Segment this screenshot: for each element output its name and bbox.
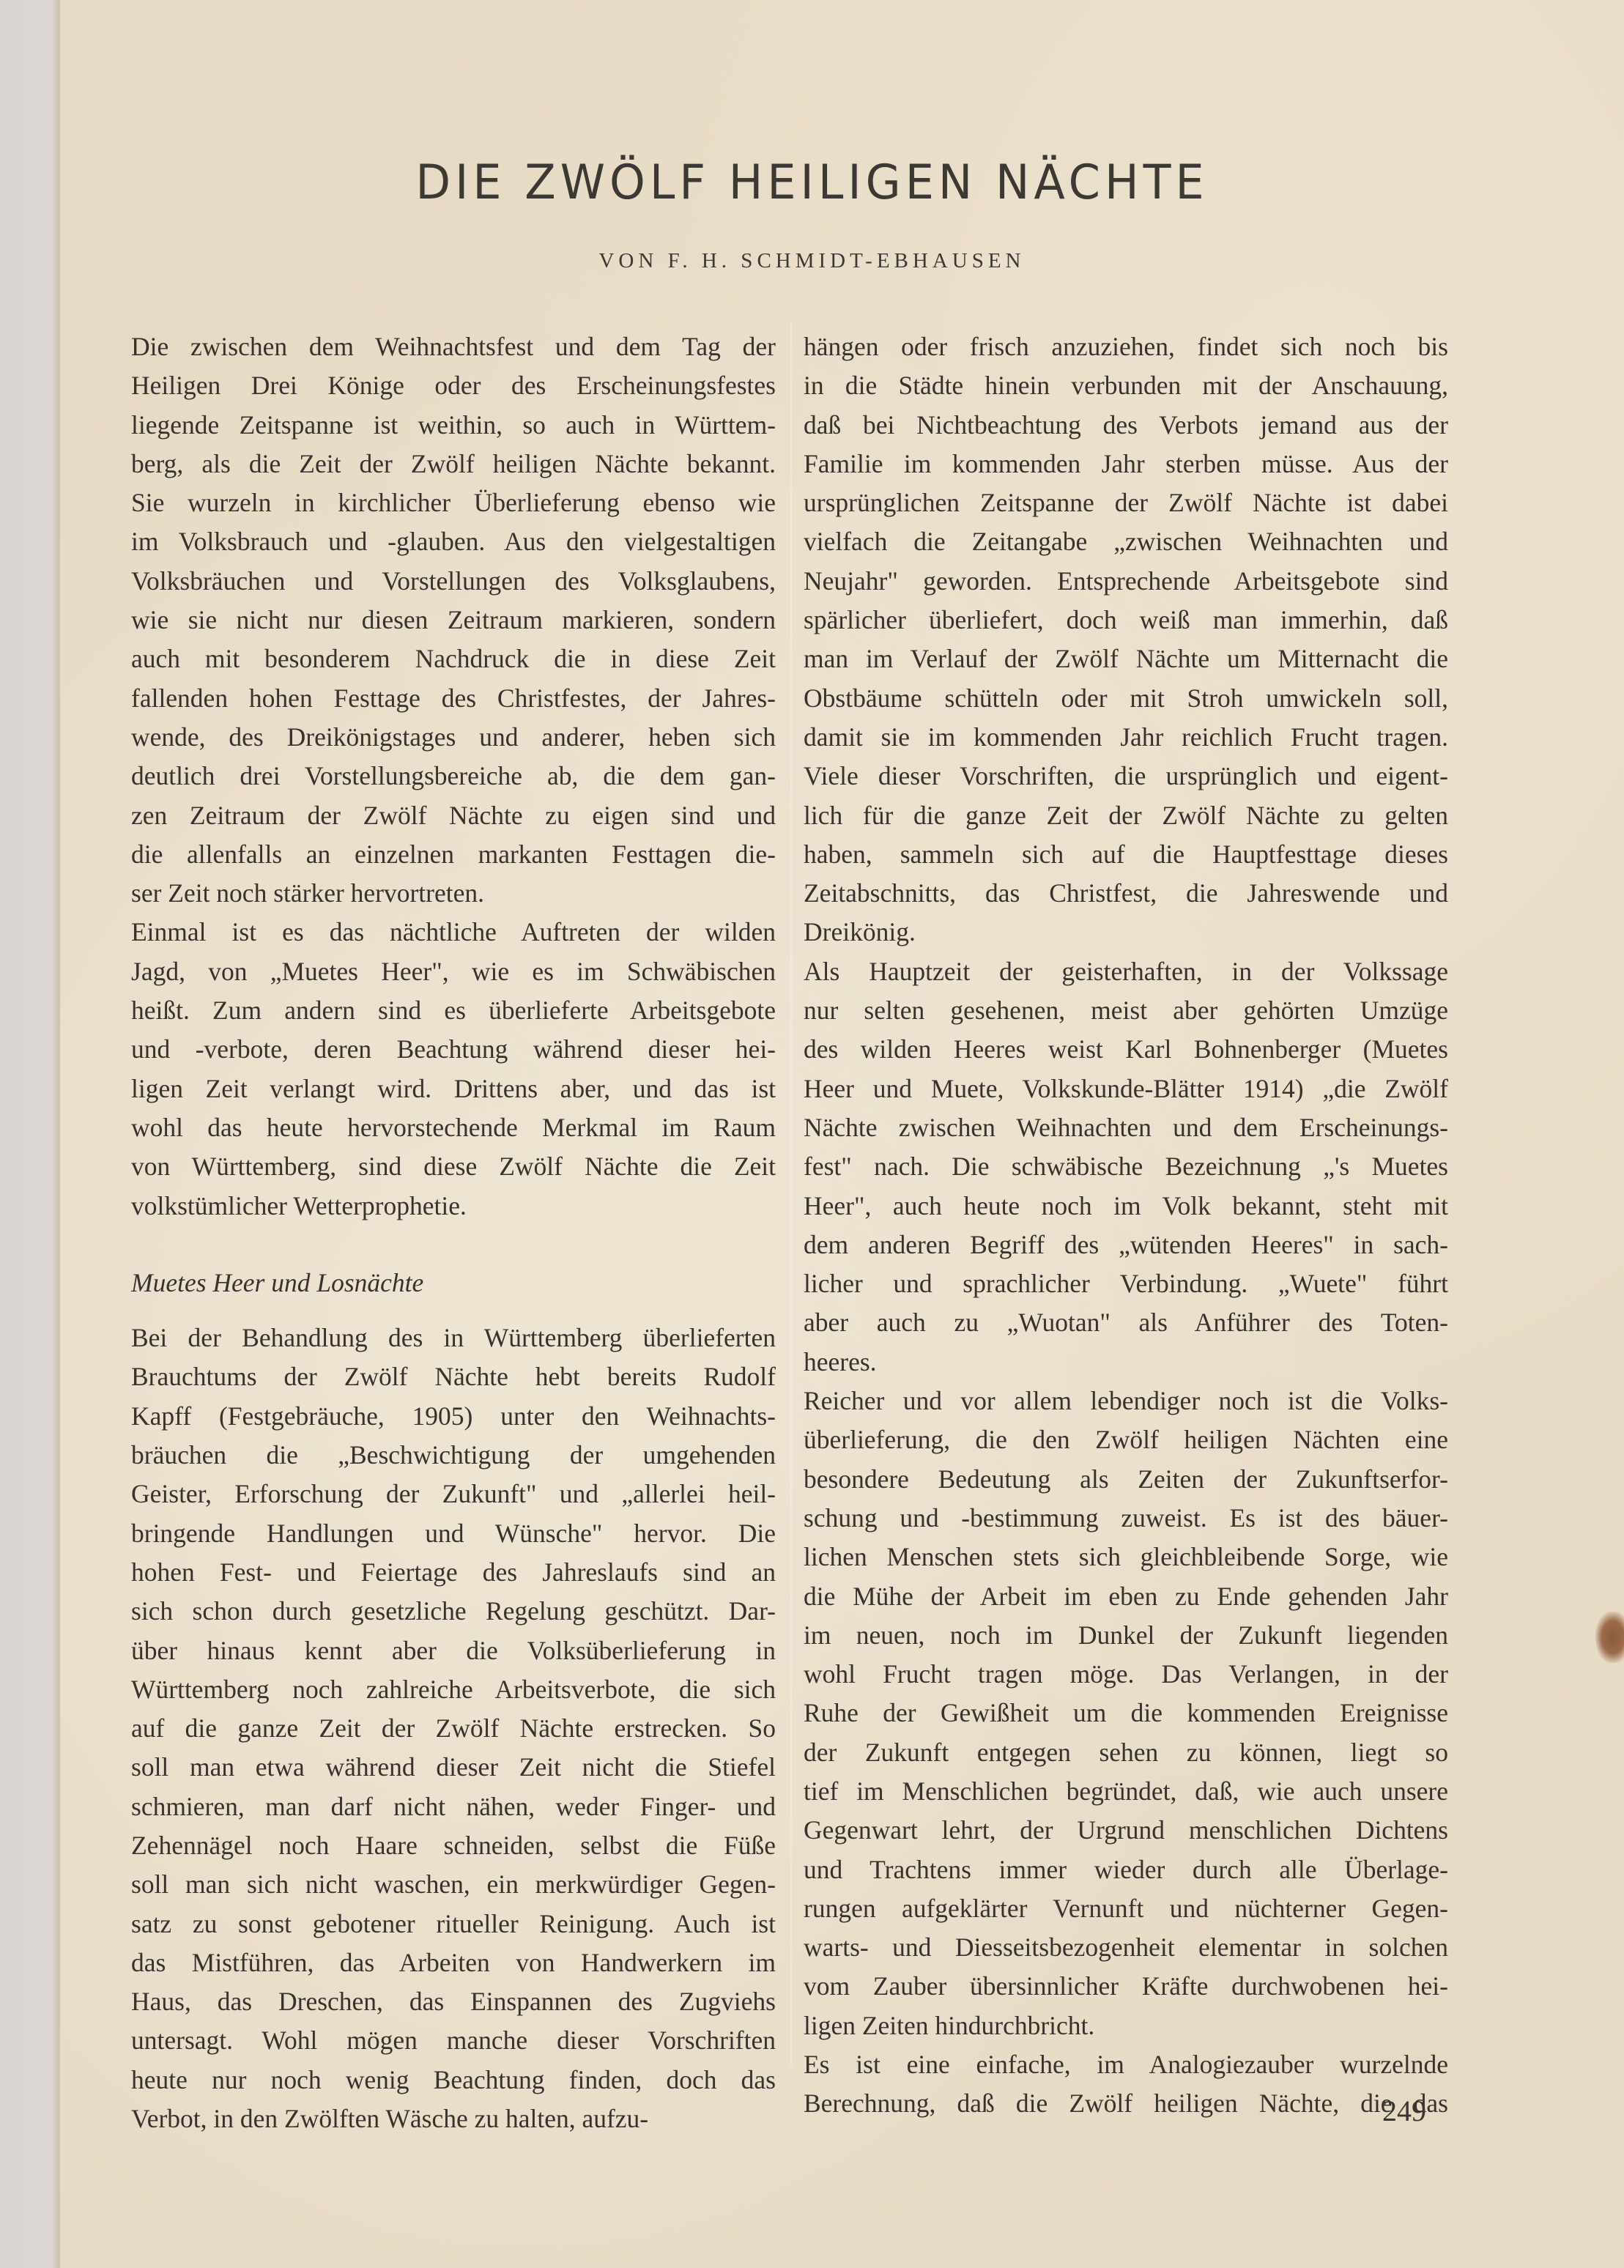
article-title: DIE ZWÖLF HEILIGEN NÄCHTE xyxy=(0,154,1624,210)
text-line: hängen oder frisch anzuziehen, findet si… xyxy=(804,327,1448,366)
text-line: spärlicher überliefert, doch weiß man im… xyxy=(804,601,1448,640)
paragraph: Reicher und vor allem lebendiger noch is… xyxy=(804,1382,1448,2045)
text-line: ligen Zeiten hindurchbricht. xyxy=(804,2006,1448,2045)
text-line: Neujahr" geworden. Entsprechende Arbeits… xyxy=(804,562,1448,601)
text-line: fallenden hohen Festtage des Christfeste… xyxy=(131,679,776,718)
text-line: wohl das heute hervorstechende Merkmal i… xyxy=(131,1108,776,1147)
text-line: vom Zauber übersinnlicher Kräfte durchwo… xyxy=(804,1967,1448,2006)
text-line: auch mit besonderem Nachdruck die in die… xyxy=(131,640,776,678)
section-heading: Muetes Heer und Losnächte xyxy=(131,1264,776,1302)
text-line: deutlich drei Vorstellungsbereiche ab, d… xyxy=(131,757,776,796)
text-line: aber auch zu „Wuotan" als Anführer des T… xyxy=(804,1303,1448,1342)
previous-page-edge xyxy=(0,0,60,2268)
text-line: Sie wurzeln in kirchlicher Überlieferung… xyxy=(131,483,776,522)
text-line: man im Verlauf der Zwölf Nächte um Mitte… xyxy=(804,640,1448,678)
text-line: Bei der Behandlung des in Württemberg üb… xyxy=(131,1319,776,1357)
text-line: bringende Handlungen und Wünsche" hervor… xyxy=(131,1514,776,1553)
page-crease xyxy=(790,322,792,2066)
text-line: Verbot, in den Zwölften Wäsche zu halten… xyxy=(131,2100,776,2138)
paragraph: Einmal ist es das nächtliche Auftreten d… xyxy=(131,913,776,1225)
text-line: im Volksbrauch und -glauben. Aus den vie… xyxy=(131,522,776,561)
paragraph: Es ist eine einfache, im Analogiezauber … xyxy=(804,2045,1448,2124)
text-line: heeres. xyxy=(804,1343,1448,1382)
text-line: Obstbäume schütteln oder mit Stroh umwic… xyxy=(804,679,1448,718)
right-column: hängen oder frisch anzuziehen, findet si… xyxy=(804,327,1448,2124)
text-line: nur selten gesehenen, meist aber gehörte… xyxy=(804,991,1448,1030)
text-line: Viele dieser Vorschriften, die ursprüngl… xyxy=(804,757,1448,796)
text-line: Zeitabschnitts, das Christfest, die Jahr… xyxy=(804,874,1448,913)
text-line: von Württemberg, sind diese Zwölf Nächte… xyxy=(131,1147,776,1186)
text-line: Ruhe der Gewißheit um die kommenden Erei… xyxy=(804,1694,1448,1732)
text-line: besondere Bedeutung als Zeiten der Zukun… xyxy=(804,1460,1448,1499)
text-line: volkstümlicher Wetterprophetie. xyxy=(131,1187,776,1226)
text-line: satz zu sonst gebotener ritueller Reinig… xyxy=(131,1905,776,1943)
text-line: schmieren, man darf nicht nähen, weder F… xyxy=(131,1787,776,1826)
text-line: untersagt. Wohl mögen manche dieser Vors… xyxy=(131,2021,776,2060)
text-line: Heer und Muete, Volkskunde-Blätter 1914)… xyxy=(804,1070,1448,1108)
text-line: wende, des Dreikönigstages und anderer, … xyxy=(131,718,776,757)
text-line: wohl Frucht tragen möge. Das Verlangen, … xyxy=(804,1655,1448,1694)
text-line: wie sie nicht nur diesen Zeitraum markie… xyxy=(131,601,776,640)
text-line: Einmal ist es das nächtliche Auftreten d… xyxy=(131,913,776,952)
text-line: das Mistführen, das Arbeiten von Handwer… xyxy=(131,1943,776,1982)
text-line: Brauchtums der Zwölf Nächte hebt bereits… xyxy=(131,1357,776,1396)
text-line: soll man sich nicht waschen, ein merkwür… xyxy=(131,1865,776,1904)
text-line: Kapff (Festgebräuche, 1905) unter den We… xyxy=(131,1397,776,1436)
text-line: vielfach die Zeitangabe „zwischen Weihna… xyxy=(804,522,1448,561)
text-line: zen Zeitraum der Zwölf Nächte zu eigen s… xyxy=(131,796,776,835)
text-line: Heer", auch heute noch im Volk bekannt, … xyxy=(804,1187,1448,1226)
text-line: des wilden Heeres weist Karl Bohnenberge… xyxy=(804,1030,1448,1069)
text-line: Heiligen Drei Könige oder des Erscheinun… xyxy=(131,366,776,405)
text-line: im neuen, noch im Dunkel der Zukunft lie… xyxy=(804,1616,1448,1655)
text-line: überlieferung, die den Zwölf heiligen Nä… xyxy=(804,1420,1448,1459)
text-line: Dreikönig. xyxy=(804,913,1448,952)
text-line: schung und -bestimmung zuweist. Es ist d… xyxy=(804,1499,1448,1538)
article-byline: VON F. H. SCHMIDT-EBHAUSEN xyxy=(0,249,1624,273)
text-line: und -verbote, deren Beachtung während di… xyxy=(131,1030,776,1069)
text-line: hohen Fest- und Feiertage des Jahreslauf… xyxy=(131,1553,776,1592)
text-line: daß bei Nichtbeachtung des Verbots jeman… xyxy=(804,406,1448,445)
paragraph: Als Hauptzeit der geisterhaften, in der … xyxy=(804,952,1448,1382)
text-line: über hinaus kennt aber die Volksüberlief… xyxy=(131,1631,776,1670)
text-line: Die zwischen dem Weihnachtsfest und dem … xyxy=(131,327,776,366)
text-line: sich schon durch gesetzliche Regelung ge… xyxy=(131,1592,776,1631)
paragraph: Bei der Behandlung des in Württemberg üb… xyxy=(131,1319,776,2138)
text-line: Es ist eine einfache, im Analogiezauber … xyxy=(804,2045,1448,2084)
text-line: liegende Zeitspanne ist weithin, so auch… xyxy=(131,406,776,445)
text-line: Geister, Erforschung der Zukunft" und „a… xyxy=(131,1475,776,1513)
text-line: Württemberg noch zahlreiche Arbeitsverbo… xyxy=(131,1670,776,1709)
text-line: Zehennägel noch Haare schneiden, selbst … xyxy=(131,1826,776,1865)
text-line: warts- und Diesseitsbezogenheit elementa… xyxy=(804,1928,1448,1967)
paper-stain xyxy=(1595,1612,1624,1663)
text-line: ser Zeit noch stärker hervortreten. xyxy=(131,874,776,913)
left-column: Die zwischen dem Weihnachtsfest und dem … xyxy=(131,327,776,2138)
text-line: Nächte zwischen Weihnachten und dem Ersc… xyxy=(804,1108,1448,1147)
spacer xyxy=(131,1226,776,1245)
text-line: dem anderen Begriff des „wütenden Heeres… xyxy=(804,1226,1448,1264)
text-line: Jagd, von „Muetes Heer", wie es im Schwä… xyxy=(131,952,776,991)
text-line: ursprünglichen Zeitspanne der Zwölf Näch… xyxy=(804,483,1448,522)
text-line: auf die ganze Zeit der Zwölf Nächte erst… xyxy=(131,1709,776,1748)
text-line: damit sie im kommenden Jahr reichlich Fr… xyxy=(804,718,1448,757)
text-line: licher und sprachlicher Verbindung. „Wue… xyxy=(804,1264,1448,1303)
text-line: rungen aufgeklärter Vernunft und nüchter… xyxy=(804,1889,1448,1928)
text-line: berg, als die Zeit der Zwölf heiligen Nä… xyxy=(131,445,776,483)
text-line: ligen Zeit verlangt wird. Drittens aber,… xyxy=(131,1070,776,1108)
text-line: die Mühe der Arbeit im eben zu Ende gehe… xyxy=(804,1577,1448,1616)
text-line: in die Städte hinein verbunden mit der A… xyxy=(804,366,1448,405)
text-line: heißt. Zum andern sind es überlieferte A… xyxy=(131,991,776,1030)
text-line: die allenfalls an einzelnen markanten Fe… xyxy=(131,835,776,874)
text-line: Familie im kommenden Jahr sterben müsse.… xyxy=(804,445,1448,483)
paragraph: hängen oder frisch anzuziehen, findet si… xyxy=(804,327,1448,952)
paragraph: Die zwischen dem Weihnachtsfest und dem … xyxy=(131,327,776,913)
text-line: haben, sammeln sich auf die Hauptfesttag… xyxy=(804,835,1448,874)
text-line: Als Hauptzeit der geisterhaften, in der … xyxy=(804,952,1448,991)
text-line: bräuchen die „Beschwichtigung der umgehe… xyxy=(131,1436,776,1475)
text-line: Berechnung, daß die Zwölf heiligen Nächt… xyxy=(804,2084,1448,2123)
text-line: Gegenwart lehrt, der Urgrund menschliche… xyxy=(804,1811,1448,1850)
text-line: lich für die ganze Zeit der Zwölf Nächte… xyxy=(804,796,1448,835)
text-line: Reicher und vor allem lebendiger noch is… xyxy=(804,1382,1448,1420)
text-line: und Trachtens immer wieder durch alle Üb… xyxy=(804,1850,1448,1889)
text-line: tief im Menschlichen begründet, daß, wie… xyxy=(804,1772,1448,1811)
text-line: heute nur noch wenig Beachtung finden, d… xyxy=(131,2061,776,2100)
page-number: 249 xyxy=(1382,2094,1426,2128)
text-line: lichen Menschen stets sich gleichbleiben… xyxy=(804,1538,1448,1576)
text-line: fest" nach. Die schwäbische Bezeichnung … xyxy=(804,1147,1448,1186)
text-line: der Zukunft entgegen sehen zu können, li… xyxy=(804,1733,1448,1772)
text-line: Volksbräuchen und Vorstellungen des Volk… xyxy=(131,562,776,601)
text-line: soll man etwa während dieser Zeit nicht … xyxy=(131,1748,776,1787)
text-line: Haus, das Dreschen, das Einspannen des Z… xyxy=(131,1982,776,2021)
